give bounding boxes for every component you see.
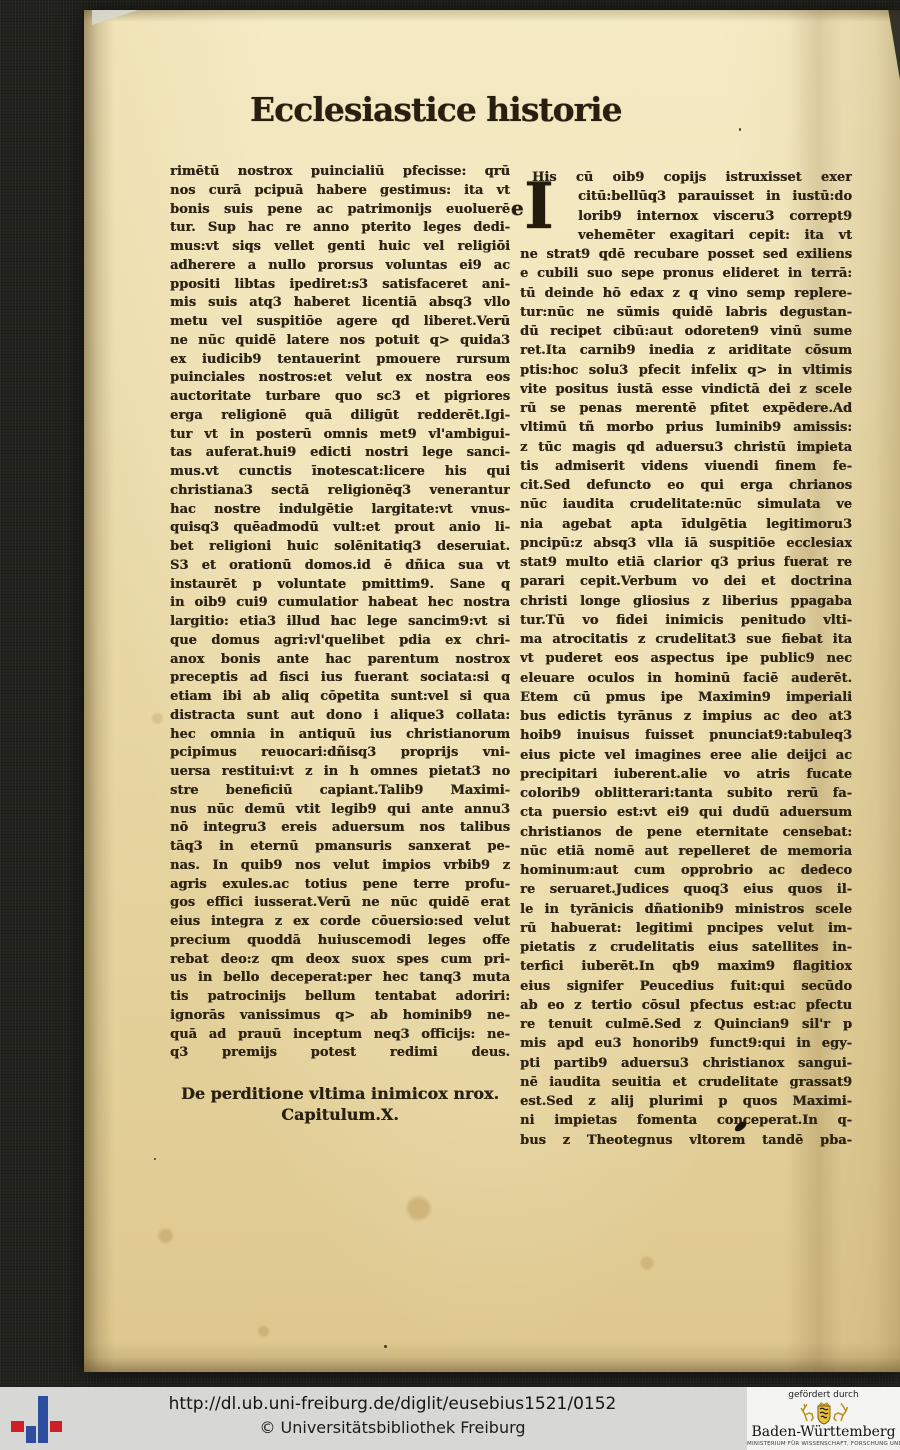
- text-line: nos curā pcipuā habere gestimus: ita vt: [170, 182, 510, 201]
- text-line: stat9 multo etiā clarior q3 prius fuerat…: [520, 553, 852, 572]
- text-line: erga religionē quā diligūt redderēt.Igi-: [170, 407, 510, 426]
- text-line: pietatis z crudelitatis eius satellites …: [520, 938, 852, 957]
- chapter-heading: De perditione vltima inimicox nrox. Capi…: [170, 1083, 510, 1125]
- text-line: ni impietas fomenta conceperat.In q-: [520, 1111, 852, 1130]
- text-line: ex iudicib9 tentauerint pmouere rursum: [170, 351, 510, 370]
- page-corner-artifact: [92, 10, 138, 25]
- text-line: christianos de pene eternitate censebat:: [520, 823, 852, 842]
- text-line: mus.vt cunctis īnotescat:licere his qui: [170, 463, 510, 482]
- text-line: bus z Theotegnus vltorem tandē pba-: [520, 1131, 852, 1150]
- text-line: bet religioni huic solēnitatiq3 deseruia…: [170, 538, 510, 557]
- text-line: christiana3 sectā religionēq3 venerantur: [170, 482, 510, 501]
- text-line: ppositi libtas ipediret:s3 satisfaceret …: [170, 276, 510, 295]
- text-line: ignorās vanissimus q> ab hominib9 ne-: [170, 1007, 510, 1026]
- text-line: in oib9 cui9 cumulatior habeat hec nostr…: [170, 594, 510, 613]
- footer-copyright: © Universitätsbibliothek Freiburg: [60, 1416, 725, 1440]
- text-line: ret.Ita carnib9 inedia z ariditate cōsum: [520, 341, 852, 360]
- text-line: S3 et orationū domos.id ē dñica sua vt: [170, 557, 510, 576]
- text-line: precipitari iuberent.alie vo atris fucat…: [520, 765, 852, 784]
- text-line: hoib9 inuisus fuisset pnunciat9:tabuleq3: [520, 726, 852, 745]
- text-column-left: rimētū nostrox puincialiū pfecisse: qrūn…: [170, 163, 510, 1063]
- text-line: hominum:aut cum opprobrio ac dedeco: [520, 861, 852, 880]
- text-line: pti partib9 aduersu3 christianox sangui-: [520, 1054, 852, 1073]
- chapter-heading-line2: Capitulum.X.: [170, 1104, 510, 1125]
- drop-cap-flourish: e: [511, 198, 524, 218]
- text-line: hac nostre indulgētie largitate:vt vnus-: [170, 501, 510, 520]
- text-line: etiam ibi ab aliq cōpetita sunt:vel si q…: [170, 688, 510, 707]
- text-line: tur.Tū vo fidei inimicis penitudo vlti-: [520, 611, 852, 630]
- text-line: ab eo z tertio cōsul pfectus est:ac pfec…: [520, 996, 852, 1015]
- text-line: christi longe gliosius z liberius ppagab…: [520, 592, 852, 611]
- text-line: preceptis ad fisci ius fuerant sociata:s…: [170, 669, 510, 688]
- text-line: rū se penas merentē pfitet expēdere.Ad: [520, 399, 852, 418]
- text-line: eleuare oculos in hominū faciē auderēt.: [520, 669, 852, 688]
- text-line: vt puderet eos aspectus ipe public9 nec: [520, 649, 852, 668]
- text-line: distracta sunt aut dono i alique3 collat…: [170, 707, 510, 726]
- funding-ministry: MINISTERIUM FÜR WISSENSCHAFT, FORSCHUNG …: [747, 1440, 900, 1448]
- text-line: gos effici iusserat.Verū ne nūc quidē er…: [170, 894, 510, 913]
- logo-blue-bar-tall: [38, 1396, 48, 1443]
- text-line: nūc etiā nomē aut repelleret de memoria: [520, 842, 852, 861]
- text-line: e cubili suo sepe pronus elideret in ter…: [520, 264, 852, 283]
- text-line: q3 premijs potest redimi deus.: [170, 1044, 510, 1063]
- text-line: us in bello deceperat:per hec tanq3 muta: [170, 969, 510, 988]
- text-line: quisq3 quēadmodū vult:et prout anio li-: [170, 519, 510, 538]
- text-line: mis suis atq3 haberet licentiā absq3 vll…: [170, 294, 510, 313]
- text-line: ma atrocitatis z crudelitat3 sue fiebat …: [520, 630, 852, 649]
- footer-url: http://dl.ub.uni-freiburg.de/diglit/euse…: [60, 1392, 725, 1416]
- text-line: re tenuit culmē.Sed z Quincian9 sil'r p: [520, 1015, 852, 1034]
- text-line: tū deinde hō edax z q vino semp replere-: [520, 284, 852, 303]
- text-line: tis admiserit videns viuendi finem fe-: [520, 457, 852, 476]
- text-line: que domus agri:vl'quelibet pdia ex chri-: [170, 632, 510, 651]
- text-line: lorib9 internox visceru3 corrept9: [520, 207, 852, 226]
- text-line: cta puersio est:vt ei9 qui dudū aduersum: [520, 803, 852, 822]
- text-line: vehemēter exagitari cepit: ita vt: [520, 226, 852, 245]
- paper-speck: [154, 1158, 156, 1160]
- running-title: Ecclesiastice historie: [250, 90, 622, 129]
- text-line: rebat deo:z qm deox suox spes cum pri-: [170, 951, 510, 970]
- text-line: citū:bellūq3 parauisset in iustū:do: [520, 187, 852, 206]
- text-line: bus edictis tyrānus z impius ac deo at3: [520, 707, 852, 726]
- text-line: nō integru3 ereis aduersum nos talibus: [170, 819, 510, 838]
- text-line: parari cepit.Verbum vo dei et doctrina: [520, 572, 852, 591]
- text-line: adherere a nullo prorsus voluntas ei9 ac: [170, 257, 510, 276]
- text-line: z tūc magis qd aduersu3 christū impieta: [520, 438, 852, 457]
- text-line: mus:vt siqs vellet genti huic vel religi…: [170, 238, 510, 257]
- paper-speck: [739, 128, 741, 131]
- text-line: instaurēt p voluntate pmittim9. Sane q: [170, 576, 510, 595]
- text-line: puinciales nostros:et velut ex nostra eo…: [170, 369, 510, 388]
- text-line: eius integra z ex corde cōuersio:sed vel…: [170, 913, 510, 932]
- text-line: tur:nūc ne sūmis quidē labris degustan-: [520, 303, 852, 322]
- text-line: agris exules.ac totius pene terre profu-: [170, 876, 510, 895]
- text-line: uersa restitui:vt z in h omnes pietat3 n…: [170, 763, 510, 782]
- text-line: stre beneficiū capiant.Talib9 Maximi-: [170, 782, 510, 801]
- text-line: pcipimus reuocari:dñisq3 proprijs vni-: [170, 744, 510, 763]
- text-line: Etem cū pmus ipe Maximin9 imperiali: [520, 688, 852, 707]
- text-line: cit.Sed defuncto eo qui erga chrianos: [520, 476, 852, 495]
- baden-wuerttemberg-coat-of-arms-icon: [798, 1401, 850, 1425]
- text-line: tis patrocinijs bellum tentabat adoriri:: [170, 988, 510, 1007]
- text-line: metu vel suspitiōe agere qd liberet.Verū: [170, 313, 510, 332]
- funding-label: gefördert durch: [747, 1387, 900, 1401]
- footer-captions: http://dl.ub.uni-freiburg.de/diglit/euse…: [60, 1392, 725, 1440]
- text-line: pncipū:z absq3 vlla iā suspitiōe ecclesi…: [520, 534, 852, 553]
- text-line: tur vt in posterū omnis met9 vl'ambigui-: [170, 426, 510, 445]
- text-line: rū habuerat: legitimi pncipes velut im-: [520, 919, 852, 938]
- text-line: eius signifer Peucedius fuit:qui secūdo: [520, 977, 852, 996]
- funding-box: gefördert durch Baden-Württemberg MINIST…: [747, 1387, 900, 1450]
- text-line: ne strat9 qdē recubare posset sed exilie…: [520, 245, 852, 264]
- logo-red-block-left: [11, 1421, 24, 1432]
- text-line: nē iaudita seuitia et crudelitate grassa…: [520, 1073, 852, 1092]
- text-line: tas auferat.hui9 edicti nostri lege sanc…: [170, 444, 510, 463]
- text-line: quā ad prauū inceptum neq3 officijs: ne-: [170, 1026, 510, 1045]
- text-line: dū recipet cibū:aut odoreten9 vinū sume: [520, 322, 852, 341]
- text-line: vite positus iustā esse vindictā dei z s…: [520, 380, 852, 399]
- logo-blue-bar-short: [26, 1426, 36, 1443]
- text-line: ptis:hoc solu3 pfecit infelix q> in vlti…: [520, 361, 852, 380]
- text-line: hec omnia in antiquū ius christianorum: [170, 726, 510, 745]
- text-column-right: His cū oib9 copijs istruxisset exercitū:…: [520, 168, 852, 1150]
- text-line: precium quoddā huiuscemodi leges offe: [170, 932, 510, 951]
- text-line: nūc iaudita crudelitate:nūc simulata ve: [520, 495, 852, 514]
- text-line: bonis suis pene ac patrimonijs euoluerē: [170, 201, 510, 220]
- page-edge-shadow: [874, 10, 900, 80]
- text-line: mis apd eu3 honorib9 funct9:qui in egy-: [520, 1034, 852, 1053]
- text-line: largitio: etia3 illud hac lege sancim9:v…: [170, 613, 510, 632]
- text-line: His cū oib9 copijs istruxisset exer: [520, 168, 852, 187]
- text-line: le in tyrānicis dñationib9 ministros sce…: [520, 900, 852, 919]
- text-line: nas. In quib9 nos velut impios vrbib9 z: [170, 857, 510, 876]
- text-line: ne nūc quidē latere nos potuit q> quida3: [170, 332, 510, 351]
- text-line: tāq3 in eternū pmansuris sanxerat pe-: [170, 838, 510, 857]
- text-line: re seruaret.Judices quoq3 eius quos il-: [520, 880, 852, 899]
- paper-speck: [384, 1345, 387, 1348]
- text-line: colorib9 oblitterari:tanta subito rerū f…: [520, 784, 852, 803]
- scanned-page: Ecclesiastice historie rimētū nostrox pu…: [84, 10, 900, 1372]
- text-line: rimētū nostrox puincialiū pfecisse: qrū: [170, 163, 510, 182]
- text-line: nia agebat apta īdulgētia legitimoru3: [520, 515, 852, 534]
- text-line: tur. Sup hac re anno pterito leges dedi-: [170, 219, 510, 238]
- drop-cap-initial: eI: [515, 178, 563, 240]
- text-line: anox bonis ante hac parentum nostrox: [170, 651, 510, 670]
- text-line: eius picte vel imagines eree alie deijci…: [520, 746, 852, 765]
- text-line: nus nūc demū vtit legib9 qui ante annu3: [170, 801, 510, 820]
- text-line: est.Sed z alij plurimi p quos Maximi-: [520, 1092, 852, 1111]
- funding-state: Baden-Württemberg: [747, 1425, 900, 1440]
- chapter-heading-line1: De perditione vltima inimicox nrox.: [170, 1083, 510, 1104]
- text-line: terfici iuberēt.In qb9 maxim9 flagitiox: [520, 957, 852, 976]
- text-line: vltimū tñ morbo prius luminib9 amissis:: [520, 418, 852, 437]
- text-line: auctoritate turbare quo sc3 et pigriores: [170, 388, 510, 407]
